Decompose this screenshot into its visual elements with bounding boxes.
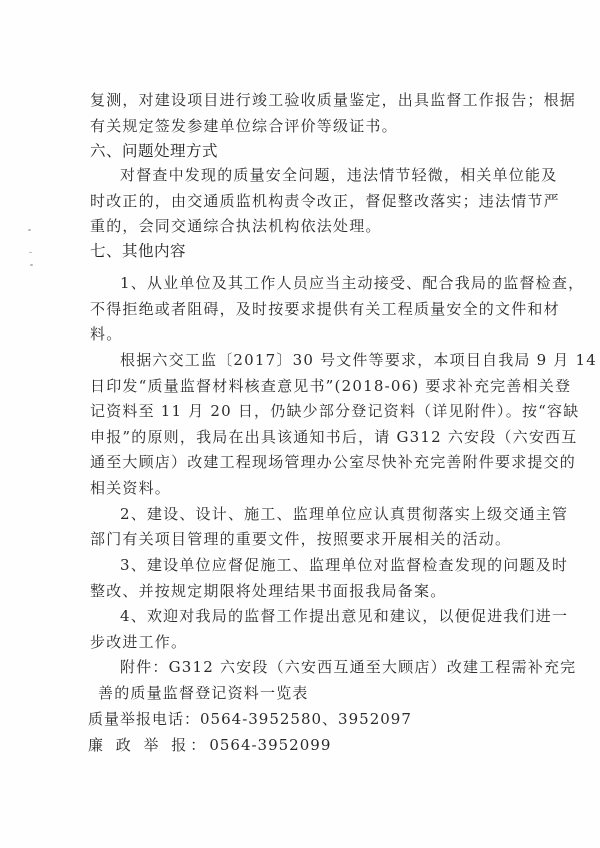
item-2-line: 部门有关项目管理的重要文件，按照要求开展相关的活动。 <box>90 529 510 549</box>
scan-speck <box>28 229 31 231</box>
item-2-line: 2、建设、设计、施工、监理单位应认真贯彻落实上级交通主管 <box>120 504 510 524</box>
attachment-line: 附件：G312 六安段（六安西互通至大顾店）改建工程需补充完 <box>120 657 510 677</box>
item-4-line: 4、欢迎对我局的监督工作提出意见和建议，以便促进我们进一 <box>120 606 510 626</box>
paragraph-line: 日印发“质量监督材料核查意见书”(2018-06) 要求补充完善相关登 <box>90 376 510 396</box>
item-1-line: 1、从业单位及其工作人员应当主动接受、配合我局的监督检查， <box>120 273 510 293</box>
paragraph-line: 申报”的原则，我局在出具该通知书后，请 G312 六安段（六安西互 <box>90 427 510 447</box>
paragraph-line: 通至大顾店）改建工程现场管理办公室尽快补充完善附件要求提交的 <box>90 452 510 472</box>
body-text-line: 重的，会同交通综合执法机构依法处理。 <box>90 216 510 236</box>
body-text-line: 对督查中发现的质量安全问题，违法情节轻微，相关单位能及 <box>120 165 510 185</box>
section-heading-7: 七、其他内容 <box>90 241 510 261</box>
document-page: 复测，对建设项目进行竣工验收质量鉴定，出具监督工作报告；根据 有关规定签发参建单… <box>0 0 600 848</box>
item-4-line: 步改进工作。 <box>90 632 510 652</box>
section-heading-6: 六、问题处理方式 <box>90 141 510 161</box>
quality-report-numbers: 0564-3952580、3952097 <box>200 710 412 728</box>
paragraph-line: 相关资料。 <box>90 478 510 498</box>
attachment-line: 善的质量监督登记资料一览表 <box>98 683 518 703</box>
quality-report-phone: 质量举报电话：0564-3952580、3952097 <box>88 709 508 729</box>
quality-report-label: 质量举报电话： <box>88 710 200 728</box>
paragraph-line: 记资料至 11 月 20 日，仍缺少部分登记资料（详见附件）。按“容缺 <box>90 401 510 421</box>
paragraph-line: 根据六交工监〔2017〕30 号文件等要求，本项目自我局 9 月 14 <box>120 350 510 370</box>
scan-speck <box>29 252 32 253</box>
integrity-report-label: 廉 政 举 报： <box>88 736 209 754</box>
body-text-line: 复测，对建设项目进行竣工验收质量鉴定，出具监督工作报告；根据 <box>90 90 510 110</box>
integrity-report-phone: 廉 政 举 报：0564-3952099 <box>88 735 508 755</box>
body-text-line: 时改正的，由交通质监机构责令改正，督促整改落实；违法情节严 <box>90 191 510 211</box>
body-text-line: 有关规定签发参建单位综合评价等级证书。 <box>90 116 510 136</box>
item-1-line: 不得拒绝或者阻碍，及时按要求提供有关工程质量安全的文件和材 <box>90 299 510 319</box>
scan-speck <box>30 264 33 266</box>
item-3-line: 整改、并按规定期限将处理结果书面报我局备案。 <box>90 581 510 601</box>
item-3-line: 3、建设单位应督促施工、监理单位对监督检查发现的问题及时 <box>120 555 510 575</box>
item-1-line: 料。 <box>90 324 510 344</box>
integrity-report-number: 0564-3952099 <box>209 736 331 754</box>
